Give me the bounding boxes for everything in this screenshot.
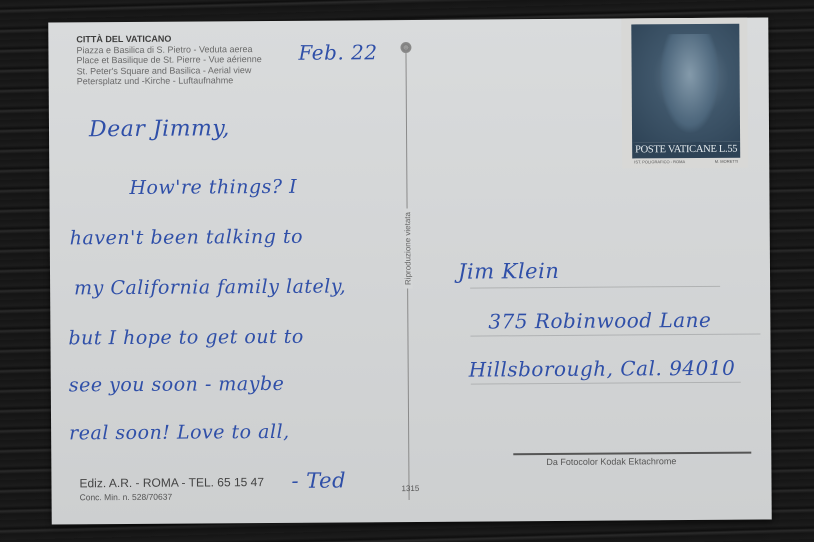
reproduction-notice: Riproduzione vietata [403,208,413,288]
stamp-figure-icon [659,34,720,134]
publisher-line: Ediz. A.R. - ROMA - TEL. 65 15 47 [79,475,264,490]
card-number: 1315 [401,484,419,493]
stamp-engraver-right: M. MORETTI [715,159,739,164]
message-line-3: my California family lately, [74,275,346,299]
concession-number: Conc. Min. n. 528/70637 [80,492,173,503]
message-line-4: but I hope to get out to [68,326,304,350]
stamp-engraver-left: IST. POLIGRAFICO - ROMA [634,159,685,164]
address-city: Hillsborough, Cal. 94010 [469,356,736,382]
handwritten-date: Feb. 22 [298,40,377,65]
address-line-2-rule [470,334,760,337]
postage-stamp: POSTE VATICANE L.55 IST. POLIGRAFICO - R… [621,18,748,169]
message-line-1: How're things? I [129,176,297,199]
message-line-5: see you soon - maybe [69,373,285,397]
caption-line-french: Place et Basilique de St. Pierre - Vue a… [76,54,261,66]
photo-credit-rule [513,452,751,456]
caption-line-german: Petersplatz und -Kirche - Luftaufnahme [77,75,262,87]
signature: - Ted [291,468,346,492]
postcard: CITTÀ DEL VATICANO Piazza e Basilica di … [48,17,771,524]
address-line-3-rule [471,382,741,385]
postcard-caption-header: CITTÀ DEL VATICANO Piazza e Basilica di … [76,33,262,87]
address-name: Jim Klein [458,259,559,284]
salutation: Dear Jimmy, [89,116,230,142]
photo-credit: Da Fotocolor Kodak Ektachrome [546,456,676,467]
caption-line-english: St. Peter's Square and Basilica - Aerial… [77,65,262,77]
message-line-2: haven't been talking to [70,226,303,250]
message-line-6: real soon! Love to all, [69,421,290,445]
address-line-1-rule [470,286,720,289]
stamp-label: POSTE VATICANE L.55 [632,142,740,159]
stamp-artwork [631,24,740,143]
address-street: 375 Robinwood Lane [488,308,711,334]
